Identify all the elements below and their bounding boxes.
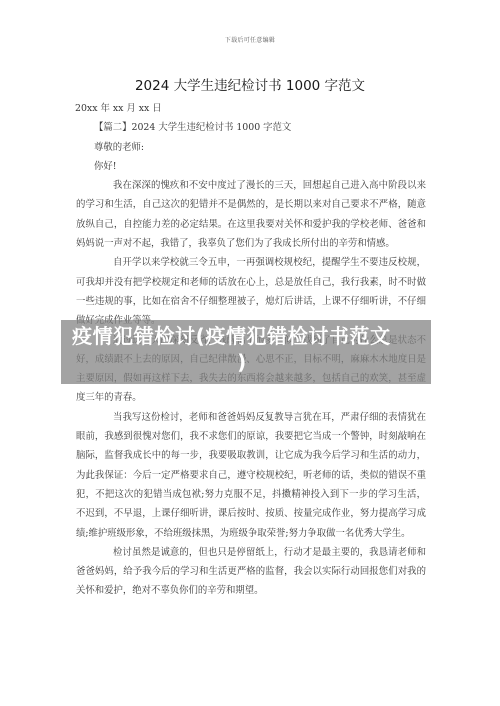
document-date: 20xx 年 xx 月 xx 日 (75, 99, 426, 118)
salutation: 尊敬的老师: (76, 138, 426, 157)
body-paragraph: 检讨虽然是诚意的，但也只是停留纸上，行动才是最主要的，我恳请老师和爸爸妈妈，给予… (76, 543, 426, 601)
overlay-title: 疫情犯错检讨(疫情犯错检讨书范文 ) (72, 323, 432, 375)
overlay-title-line2: ) (72, 349, 432, 375)
document-title: 2024 大学生违纪检讨书 1000 字范文 (0, 74, 500, 94)
body-paragraph: 当我写这份检讨，老师和爸爸妈妈反复教导言犹在耳，严肃仔细的表情犹在眼前，我感到很… (76, 408, 426, 543)
section-label: 【篇二】2024 大学生违纪检讨书 1000 字范文 (76, 118, 426, 137)
overlay-title-line1: 疫情犯错检讨(疫情犯错检讨书范文 (72, 324, 391, 348)
greeting: 你好! (76, 157, 426, 176)
body-paragraph: 自开学以来学校就三令五申，一再强调校规校纪，提醒学生不要违反校规，可我却并没有把… (76, 253, 426, 330)
body-paragraph: 我在深深的愧疚和不安中度过了漫长的三天，回想起自己进入高中阶段以来的学习和生活，… (76, 176, 426, 253)
page-header-note: 下载后可任意编辑 (0, 35, 500, 44)
